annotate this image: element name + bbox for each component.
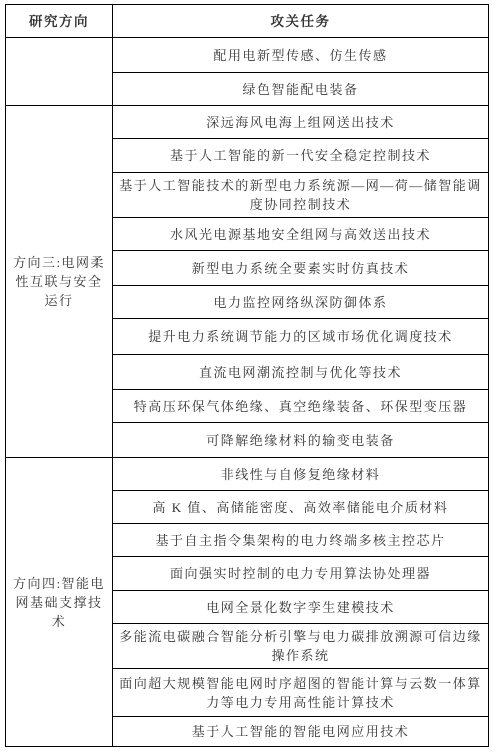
task-cell: 新型电力系统全要素实时仿真技术 <box>113 251 489 286</box>
direction-cell-3: 方向三:电网柔 性互联与安全 运行 <box>6 106 113 458</box>
task-cell: 可降解绝缘材料的输变电装备 <box>113 423 489 458</box>
task-cell: 电力监控网络纵深防御体系 <box>113 286 489 319</box>
task-cell: 基于人工智能技术的新型电力系统源—网—荷—储智能调度协同控制技术 <box>113 173 489 218</box>
document-page: 研究方向 攻关任务 配用电新型传感、仿生传感 绿色智能配电装备 方向三:电网柔 … <box>0 4 496 754</box>
task-cell: 配用电新型传感、仿生传感 <box>113 38 489 73</box>
task-cell: 深远海风电海上组网送出技术 <box>113 106 489 139</box>
header-row: 研究方向 攻关任务 <box>6 5 489 38</box>
direction-cell-blank <box>6 38 113 106</box>
task-cell: 基于人工智能的新一代安全稳定控制技术 <box>113 139 489 173</box>
task-cell: 面向强实时控制的电力专用算法协处理器 <box>113 557 489 591</box>
direction-cell-4: 方向四:智能电 网基础支撑技 术 <box>6 458 113 747</box>
task-cell: 基于人工智能的智能电网应用技术 <box>113 717 489 747</box>
task-cell: 水风光电源基地安全组网与高效送出技术 <box>113 218 489 251</box>
task-cell: 基于自主指令集架构的电力终端多核主控芯片 <box>113 524 489 557</box>
task-cell: 特高压环保气体绝缘、真空绝缘装备、环保型变压器 <box>113 390 489 423</box>
table-row: 配用电新型传感、仿生传感 <box>6 38 489 73</box>
task-cell: 绿色智能配电装备 <box>113 73 489 106</box>
task-cell: 电网全景化数字孪生建模技术 <box>113 591 489 624</box>
header-key-tasks: 攻关任务 <box>113 5 489 38</box>
task-cell: 面向超大规模智能电网时序超图的智能计算与云数一体算力等电力专用高性能计算技术 <box>113 669 489 717</box>
table-row: 方向四:智能电 网基础支撑技 术 非线性与自修复绝缘材料 <box>6 458 489 491</box>
task-cell: 提升电力系统调节能力的区域市场优化调度技术 <box>113 319 489 355</box>
task-cell: 非线性与自修复绝缘材料 <box>113 458 489 491</box>
task-cell: 多能流电碳融合智能分析引擎与电力碳排放溯源可信边缘操作系统 <box>113 624 489 669</box>
task-cell: 高 K 值、高储能密度、高效率储能电介质材料 <box>113 491 489 524</box>
header-research-direction: 研究方向 <box>6 5 113 38</box>
table-row: 方向三:电网柔 性互联与安全 运行 深远海风电海上组网送出技术 <box>6 106 489 139</box>
research-tasks-table: 研究方向 攻关任务 配用电新型传感、仿生传感 绿色智能配电装备 方向三:电网柔 … <box>5 4 489 747</box>
task-cell: 直流电网潮流控制与优化等技术 <box>113 355 489 390</box>
